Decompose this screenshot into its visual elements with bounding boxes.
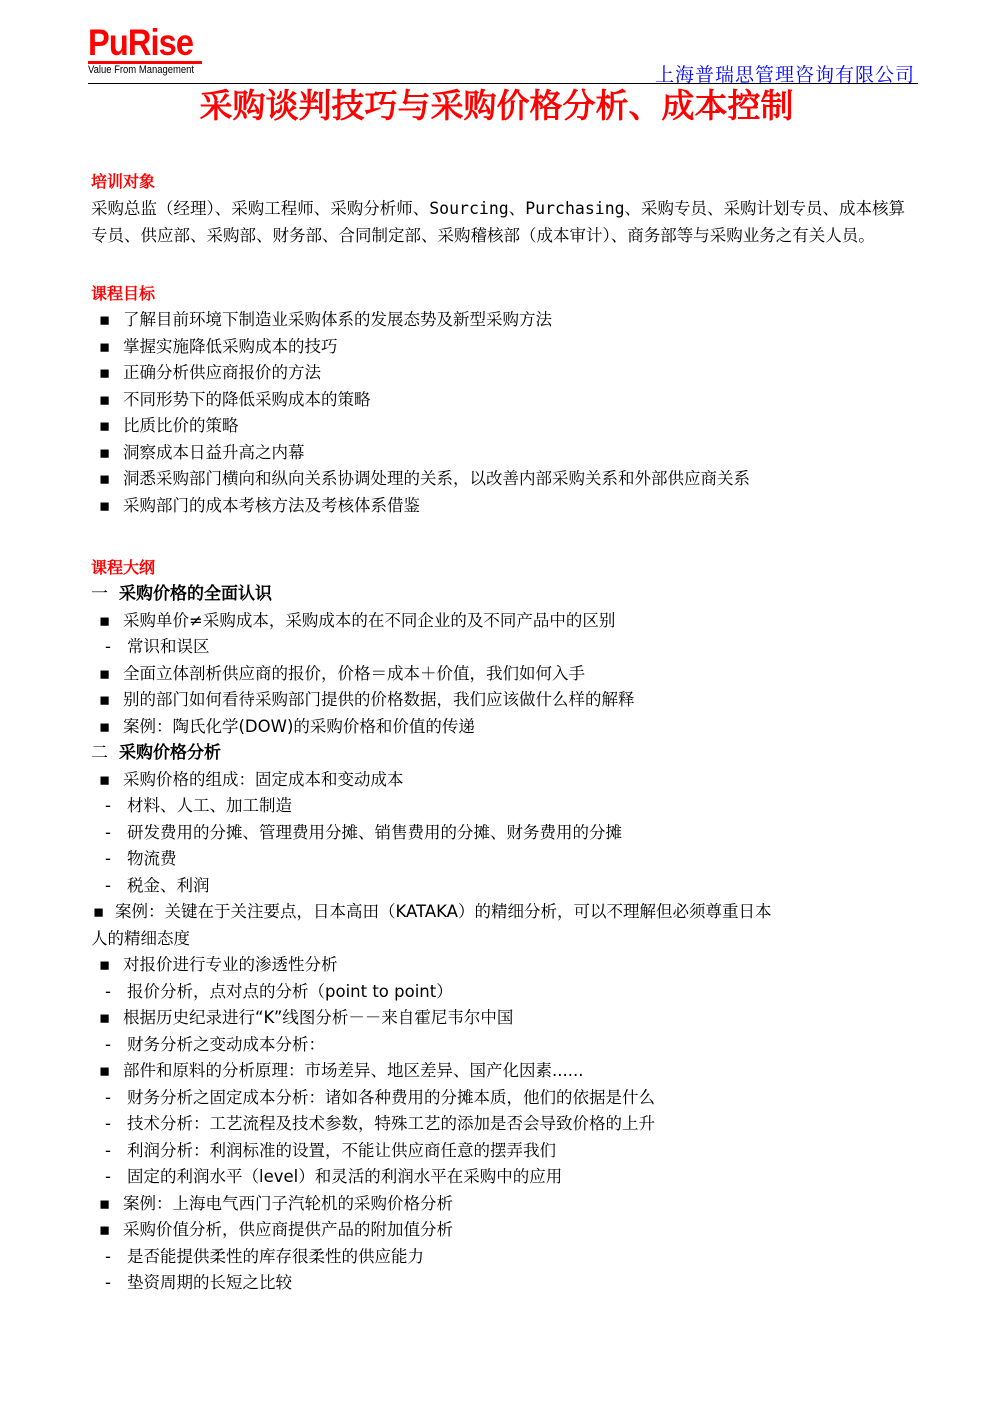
objective-item: ▪洞察成本日益升高之内幕 [91,440,906,467]
bullet-icon: ▪ [99,413,123,440]
outline-section-1: 一采购价格的全面认识 ▪采购单价≠采购成本，采购成本的在不同企业的及不同产品中的… [91,581,906,740]
document-title: 采购谈判技巧与采购价格分析、成本控制 [0,86,993,126]
section-heading-objectives: 课程目标 [91,283,906,305]
outline-bullet-item-wrapped: ▪案例：关键在于关注要点，日本高田（KATAKA）的精细分析，可以不理解但必须尊… [91,899,906,926]
outline-dash-item: -固定的利润水平（level）和灵活的利润水平在采购中的应用 [91,1164,906,1191]
objectives-list: ▪了解目前环境下制造业采购体系的发展态势及新型采购方法 ▪掌握实施降低采购成本的… [91,307,906,519]
outline-section-title: 一采购价格的全面认识 [91,581,906,608]
outline-section-2: 二采购价格分析 ▪采购价格的组成：固定成本和变动成本 -材料、人工、加工制造 -… [91,740,906,1297]
objective-item: ▪正确分析供应商报价的方法 [91,360,906,387]
outline-dash-item: -材料、人工、加工制造 [91,793,906,820]
header-divider [88,83,918,84]
bullet-icon: ▪ [99,952,123,979]
bullet-icon: ▪ [99,334,123,361]
section-audience: 培训对象 采购总监（经理）、采购工程师、采购分析师、Sourcing、Purch… [91,171,906,249]
bullet-icon: ▪ [93,899,115,926]
outline-bullet-item: ▪部件和原料的分析原理：市场差异、地区差异、国产化因素...... [91,1058,906,1085]
outline-section-title: 二采购价格分析 [91,740,906,767]
dash-icon: - [105,1138,127,1165]
outline-dash-item: -常识和误区 [91,634,906,661]
outline-dash-item: -研发费用的分摊、管理费用分摊、销售费用的分摊、财务费用的分摊 [91,820,906,847]
outline-bullet-item: ▪采购价值分析，供应商提供产品的附加值分析 [91,1217,906,1244]
dash-icon: - [105,793,127,820]
objective-item: ▪掌握实施降低采购成本的技巧 [91,334,906,361]
outline-dash-item: -是否能提供柔性的库存很柔性的供应能力 [91,1244,906,1271]
bullet-icon: ▪ [99,1005,123,1032]
objective-item: ▪了解目前环境下制造业采购体系的发展态势及新型采购方法 [91,307,906,334]
logo-wordmark: PuRise [88,26,190,60]
dash-icon: - [105,873,127,900]
bullet-icon: ▪ [99,493,123,520]
bullet-icon: ▪ [99,1191,123,1218]
objective-item: ▪不同形势下的降低采购成本的策略 [91,387,906,414]
bullet-icon: ▪ [99,307,123,334]
outline-bullet-item: ▪案例：上海电气西门子汽轮机的采购价格分析 [91,1191,906,1218]
outline-dash-item: -利润分析：利润标准的设置，不能让供应商任意的摆弄我们 [91,1138,906,1165]
outline-bullet-item: ▪采购单价≠采购成本，采购成本的在不同企业的及不同产品中的区别 [91,608,906,635]
dash-icon: - [105,1032,127,1059]
objective-item: ▪采购部门的成本考核方法及考核体系借鉴 [91,493,906,520]
company-logo: PuRise Value From Management [88,26,204,77]
bullet-icon: ▪ [99,387,123,414]
bullet-icon: ▪ [99,608,123,635]
outline-dash-item: -报价分析，点对点的分析（point to point） [91,979,906,1006]
dash-icon: - [105,820,127,847]
bullet-icon: ▪ [99,661,123,688]
objective-item: ▪洞悉采购部门横向和纵向关系协调处理的关系，以改善内部采购关系和外部供应商关系 [91,466,906,493]
objective-item: ▪比质比价的策略 [91,413,906,440]
dash-icon: - [105,1270,127,1297]
dash-icon: - [105,1111,127,1138]
outline-bullet-item: ▪对报价进行专业的渗透性分析 [91,952,906,979]
bullet-icon: ▪ [99,466,123,493]
section-heading-audience: 培训对象 [91,171,906,193]
dash-icon: - [105,846,127,873]
outline-bullet-item: ▪案例：陶氏化学(DOW)的采购价格和价值的传递 [91,714,906,741]
bullet-icon: ▪ [99,687,123,714]
bullet-icon: ▪ [99,360,123,387]
outline-dash-item: -物流费 [91,846,906,873]
bullet-icon: ▪ [99,440,123,467]
outline-bullet-continuation: 人的精细态度 [91,926,906,953]
outline-bullet-item: ▪别的部门如何看待采购部门提供的价格数据，我们应该做什么样的解释 [91,687,906,714]
dash-icon: - [105,634,127,661]
bullet-icon: ▪ [99,1058,123,1085]
dash-icon: - [105,1164,127,1191]
section-outline: 课程大纲 一采购价格的全面认识 ▪采购单价≠采购成本，采购成本的在不同企业的及不… [91,557,906,1297]
outline-dash-item: -财务分析之变动成本分析： [91,1032,906,1059]
bullet-icon: ▪ [99,714,123,741]
outline-bullet-item: ▪全面立体剖析供应商的报价，价格＝成本＋价值，我们如何入手 [91,661,906,688]
outline-dash-item: -技术分析：工艺流程及技术参数，特殊工艺的添加是否会导致价格的上升 [91,1111,906,1138]
dash-icon: - [105,979,127,1006]
dash-icon: - [105,1085,127,1112]
outline-bullet-item: ▪根据历史纪录进行“K”线图分析－－来自霍尼韦尔中国 [91,1005,906,1032]
section-heading-outline: 课程大纲 [91,557,906,579]
section-objectives: 课程目标 ▪了解目前环境下制造业采购体系的发展态势及新型采购方法 ▪掌握实施降低… [91,283,906,519]
bullet-icon: ▪ [99,767,123,794]
logo-tagline: Value From Management [88,64,188,77]
outline-dash-item: -财务分析之固定成本分析：诸如各种费用的分摊本质，他们的依据是什么 [91,1085,906,1112]
outline-dash-item: -税金、利润 [91,873,906,900]
outline-dash-item: -垫资周期的长短之比较 [91,1270,906,1297]
outline-bullet-item: ▪采购价格的组成：固定成本和变动成本 [91,767,906,794]
bullet-icon: ▪ [99,1217,123,1244]
dash-icon: - [105,1244,127,1271]
document-body: 培训对象 采购总监（经理）、采购工程师、采购分析师、Sourcing、Purch… [91,171,906,1297]
audience-text: 采购总监（经理）、采购工程师、采购分析师、Sourcing、Purchasing… [91,196,906,249]
